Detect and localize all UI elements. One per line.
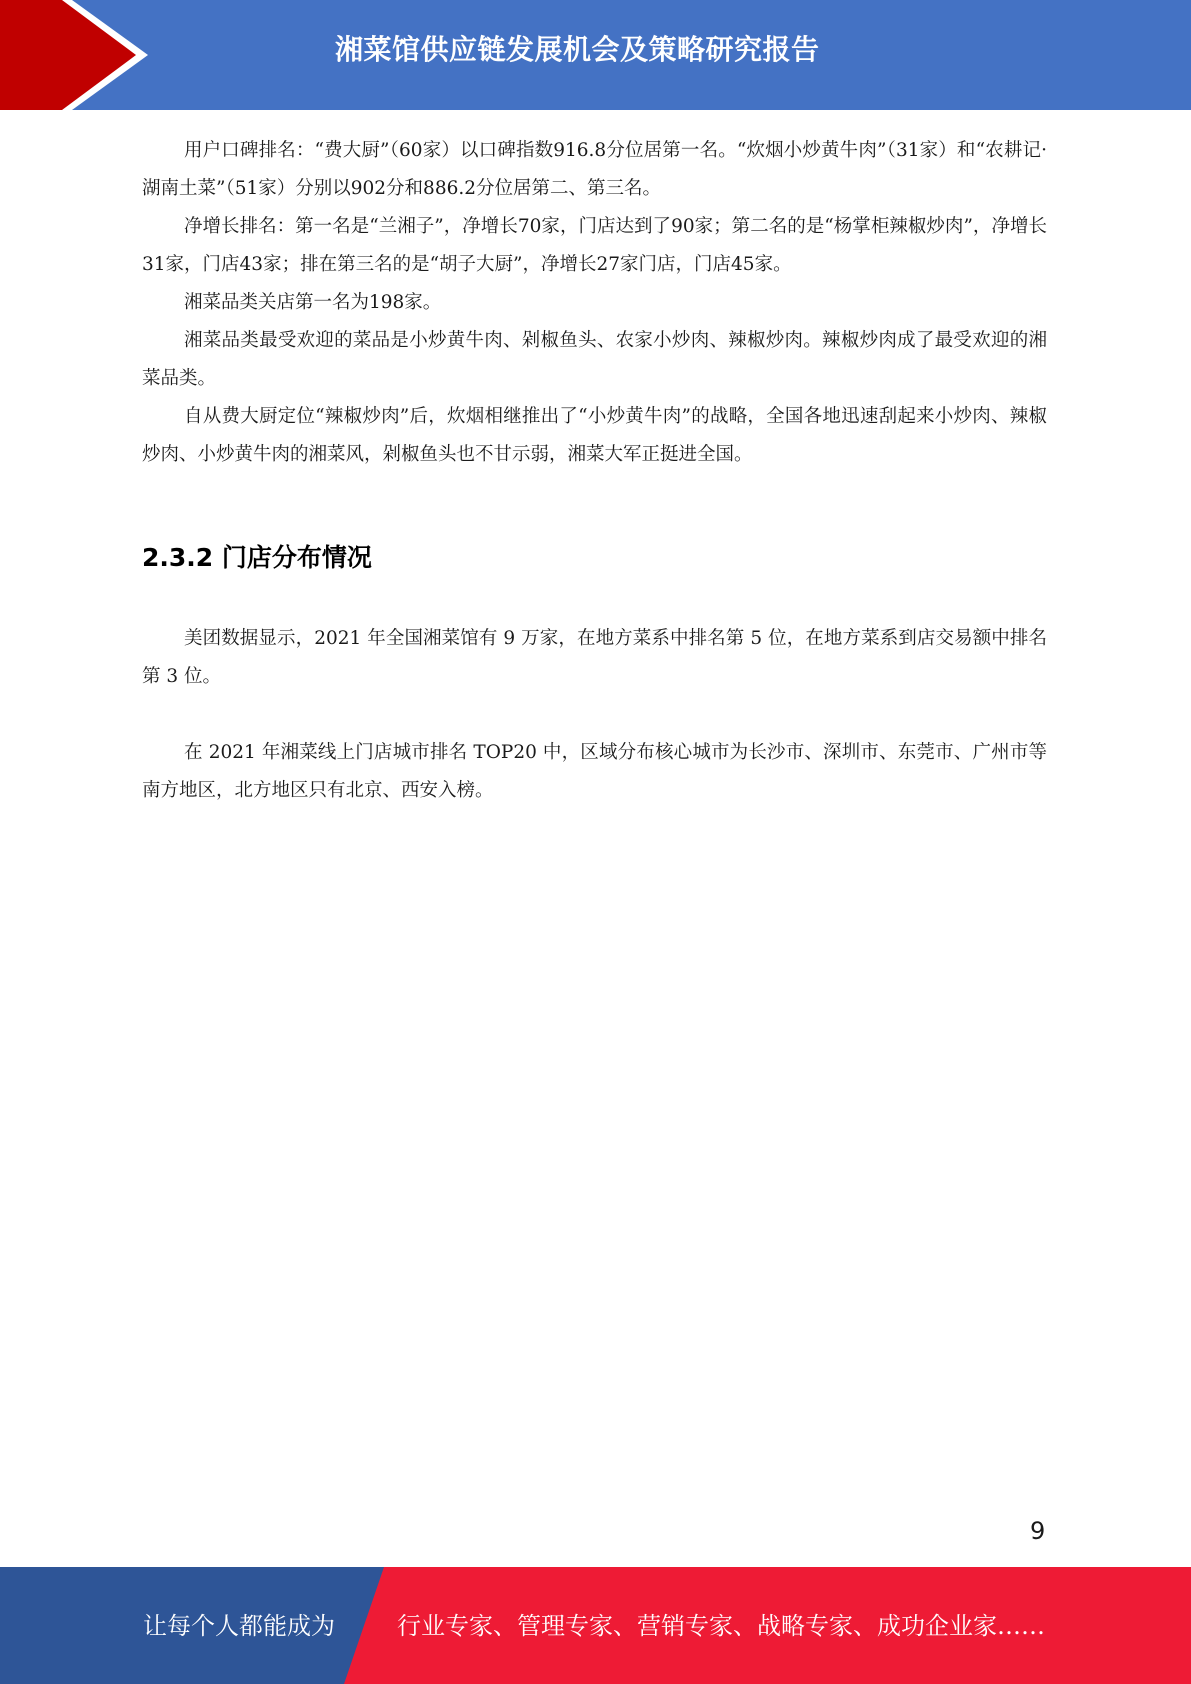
paragraph-closures: 湘菜品类关店第一名为198家。	[142, 284, 1047, 322]
paragraph-trend: 自从费大厨定位“辣椒炒肉”后，炊烟相继推出了“小炒黄牛肉”的战略，全国各地迅速刮…	[142, 398, 1047, 474]
footer-slogan-left: 让每个人都能成为	[143, 1610, 335, 1642]
paragraph-city-ranking: 在 2021 年湘菜线上门店城市排名 TOP20 中，区域分布核心城市为长沙市、…	[142, 734, 1047, 810]
paragraph-reputation-ranking: 用户口碑排名：“费大厨”（60家）以口碑指数916.8分位居第一名。“炊烟小炒黄…	[142, 132, 1047, 208]
page-footer: 让每个人都能成为 行业专家、管理专家、营销专家、战略专家、成功企业家……	[0, 1567, 1191, 1684]
paragraph-meituan-data: 美团数据显示，2021 年全国湘菜馆有 9 万家，在地方菜系中排名第 5 位，在…	[142, 620, 1047, 696]
paragraph-popular-dishes: 湘菜品类最受欢迎的菜品是小炒黄牛肉、剁椒鱼头、农家小炒肉、辣椒炒肉。辣椒炒肉成了…	[142, 322, 1047, 398]
paragraph-net-growth-ranking: 净增长排名：第一名是“兰湘子”，净增长70家，门店达到了90家；第二名的是“杨掌…	[142, 208, 1047, 284]
paragraph-spacer	[142, 696, 1047, 734]
footer-slogan-right: 行业专家、管理专家、营销专家、战略专家、成功企业家……	[397, 1610, 1045, 1642]
section-heading: 2.3.2 门店分布情况	[142, 540, 1047, 576]
report-title: 湘菜馆供应链发展机会及策略研究报告	[335, 30, 820, 70]
page-header: 湘菜馆供应链发展机会及策略研究报告	[0, 0, 1191, 110]
document-body: 用户口碑排名：“费大厨”（60家）以口碑指数916.8分位居第一名。“炊烟小炒黄…	[142, 132, 1047, 810]
page-number: 9	[1030, 1517, 1045, 1545]
